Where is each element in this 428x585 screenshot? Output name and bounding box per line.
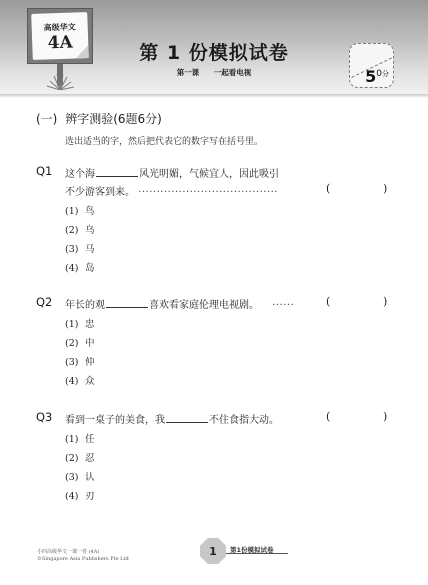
option-number: (2)	[65, 453, 85, 464]
option-char: 任	[85, 434, 95, 445]
option-char: 众	[85, 376, 95, 387]
option-char: 忍	[85, 453, 95, 464]
answer-paren-close-q2: )	[383, 295, 387, 308]
header-shadow	[0, 94, 428, 98]
answer-paren-open-q1: (	[326, 182, 330, 195]
footer-credits: 小四高级华文一课一卷 (4A) ©Singapore Asia Publishe…	[37, 549, 129, 563]
section-number: (一)	[36, 112, 57, 126]
q2-text-before: 年长的观	[65, 300, 105, 311]
q3-text-after: 不住食指大动。	[209, 415, 279, 426]
answer-paren-open-q2: (	[326, 295, 330, 308]
option-char: 鸟	[85, 206, 95, 217]
option-q1-4: (4)岛	[65, 260, 95, 274]
option-number: (2)	[65, 338, 85, 349]
question-text-q2: 年长的观喜欢看家庭伦理电视剧。 ······	[65, 296, 294, 311]
answer-paren-open-q3: (	[326, 410, 330, 423]
option-q1-3: (3)马	[65, 241, 95, 255]
option-char: 忠	[85, 319, 95, 330]
score-unit: 分	[382, 69, 389, 79]
option-q2-1: (1)忠	[65, 316, 95, 330]
lesson-number: 第一课	[177, 68, 200, 77]
option-number: (1)	[65, 206, 85, 217]
question-label-q1: Q1	[36, 164, 52, 178]
score-digit: 5	[365, 69, 376, 85]
option-number: (4)	[65, 491, 85, 502]
option-number: (2)	[65, 225, 85, 236]
question-text-q1-line1: 这个海风光明媚，气候宜人，因此吸引	[65, 165, 279, 180]
option-q2-3: (3)仲	[65, 354, 95, 368]
question-label-q3: Q3	[36, 410, 52, 424]
option-number: (4)	[65, 376, 85, 387]
section-title: 辨字测验(6题6分)	[65, 112, 162, 126]
question-label-q2: Q2	[36, 295, 52, 309]
q3-text-before: 看到一桌子的美食，我	[65, 415, 165, 426]
total-score: 5 0 分	[365, 69, 389, 85]
answer-blank-q3	[166, 413, 208, 423]
option-char: 马	[85, 244, 95, 255]
section-instruction: 选出适当的字，然后把代表它的数字写在括号里。	[65, 134, 263, 147]
footer-book-name: 小四高级华文一课一卷 (4A)	[37, 549, 129, 556]
option-number: (3)	[65, 244, 85, 255]
option-q3-3: (3)认	[65, 469, 95, 483]
option-q3-4: (4)刃	[65, 488, 95, 502]
option-char: 中	[85, 338, 95, 349]
leader-dots: ······	[272, 300, 294, 311]
question-text-q3: 看到一桌子的美食，我不住食指大动。	[65, 411, 279, 426]
option-number: (3)	[65, 472, 85, 483]
total-score-box: 5 0 分	[349, 43, 394, 88]
option-char: 认	[85, 472, 95, 483]
footer-copyright: ©Singapore Asia Publishers Pte Ltd	[37, 556, 129, 563]
lesson-title: 一起看电视	[214, 68, 252, 77]
option-q3-1: (1)任	[65, 431, 95, 445]
option-q1-1: (1)鸟	[65, 203, 95, 217]
option-char: 乌	[85, 225, 95, 236]
option-q2-2: (2)中	[65, 335, 95, 349]
option-number: (1)	[65, 434, 85, 445]
header-banner: 高级华文 4A 第 1 份模拟试卷 第一课 一起看电视 5 0 分	[0, 0, 428, 96]
option-number: (4)	[65, 263, 85, 274]
question-text-q1-line2: 不少游客到来。 ································…	[65, 183, 278, 198]
answer-blank-q1	[96, 167, 138, 177]
option-q1-2: (2)乌	[65, 222, 95, 236]
answer-blank-q2	[106, 298, 148, 308]
option-number: (3)	[65, 357, 85, 368]
answer-paren-close-q1: )	[383, 182, 387, 195]
option-q2-4: (4)众	[65, 373, 95, 387]
q2-text-after: 喜欢看家庭伦理电视剧。	[149, 300, 259, 311]
q1-text-line2: 不少游客到来。	[65, 187, 135, 198]
page-number-badge: 1	[200, 538, 226, 564]
option-char: 岛	[85, 263, 95, 274]
q1-text-before: 这个海	[65, 169, 95, 180]
q1-text-after: 风光明媚，气候宜人，因此吸引	[139, 169, 279, 180]
option-char: 刃	[85, 491, 95, 502]
leader-dots: ······································	[138, 187, 278, 198]
answer-paren-close-q3: )	[383, 410, 387, 423]
option-q3-2: (2)忍	[65, 450, 95, 464]
page-label: 第1份模拟试卷	[230, 545, 274, 554]
section-heading: (一) 辨字测验(6题6分)	[36, 110, 162, 127]
option-number: (1)	[65, 319, 85, 330]
option-char: 仲	[85, 357, 95, 368]
